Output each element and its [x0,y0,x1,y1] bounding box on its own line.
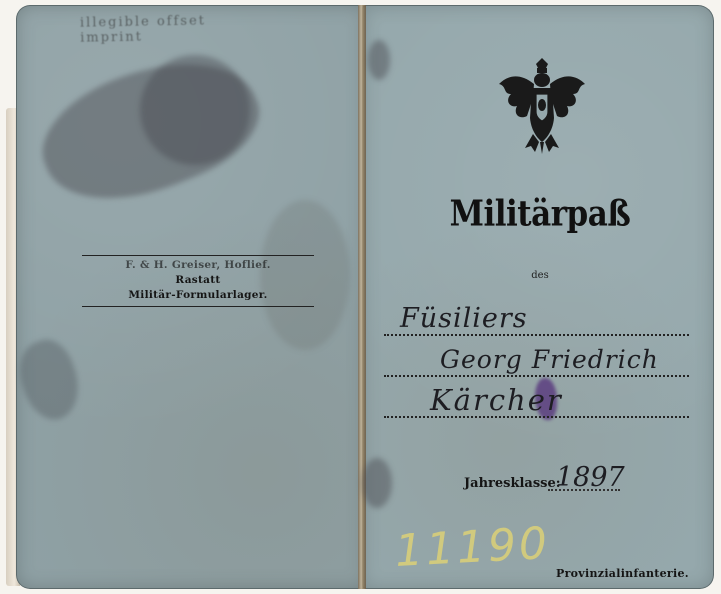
printer-tagline: Militär-Formularlager. [82,288,314,303]
imperial-eagle-icon [499,58,585,154]
des-label: des [525,270,555,281]
book-spine [358,5,366,589]
dotted-line [384,334,689,336]
dotted-line [384,375,689,377]
handwritten-surname: Kärcher [430,383,563,417]
dotted-line [384,416,689,418]
offset-imprint: illegible offset imprint [80,12,270,37]
unit-type: Provinzialinfanterie. [556,567,689,580]
year-class-value: 1897 [556,462,625,493]
water-stain [140,55,250,165]
printer-city: Rastatt [82,273,314,288]
handwritten-rank: Füsiliers [400,303,528,334]
handwritten-given-names: Georg Friedrich [440,345,659,374]
printer-imprint: F. & H. Greiser, Hoflief. Rastatt Militä… [82,255,314,307]
water-stain [368,40,390,80]
pencil-number: 11190 [394,518,551,577]
year-class-label: Jahresklasse: [464,476,561,491]
printer-name: F. & H. Greiser, Hoflief. [82,258,314,273]
document-scan: illegible offset imprint F. & H. Greiser… [0,0,721,594]
water-stain [362,458,392,508]
document-title: Militärpaß [440,193,640,234]
